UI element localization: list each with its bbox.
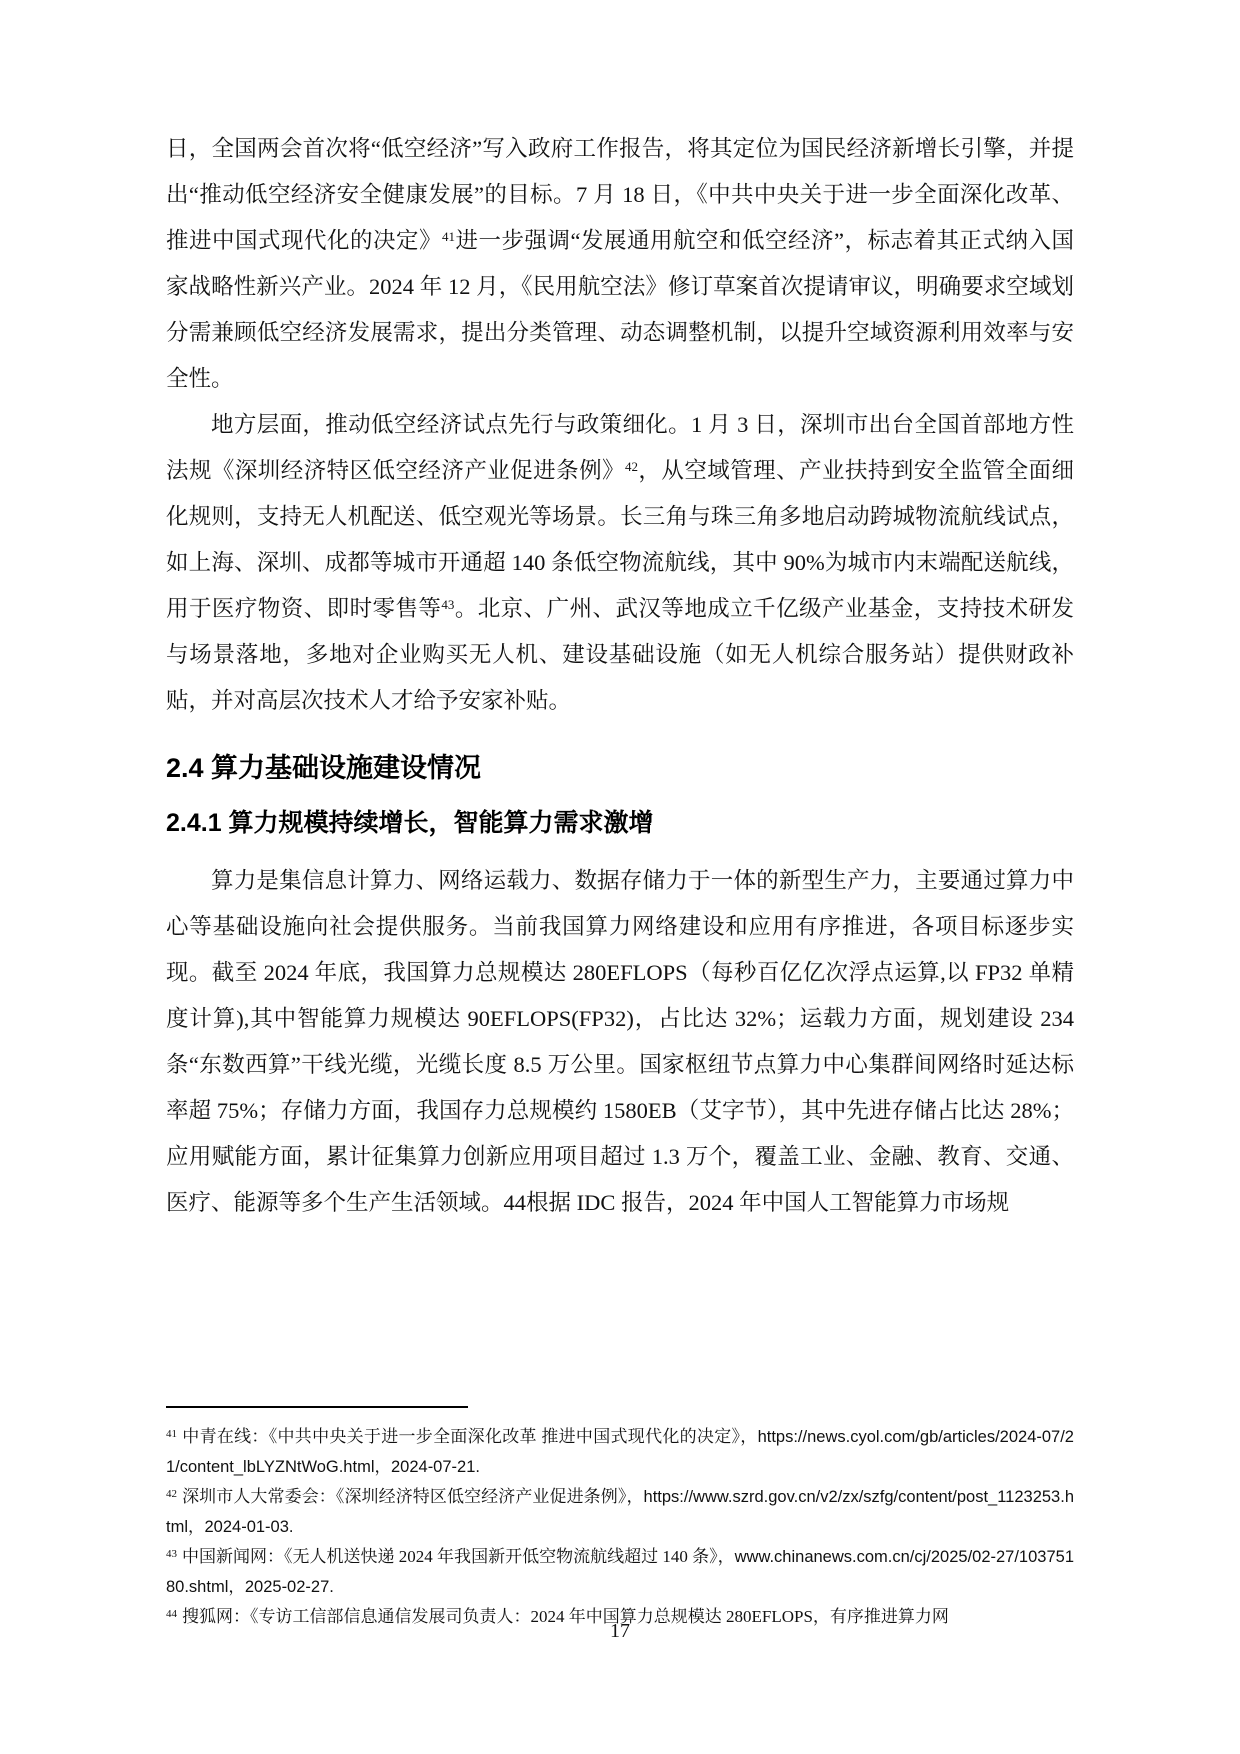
paragraph-national-policy: 日，全国两会首次将“低空经济”写入政府工作报告，将其定位为国民经济新增长引擎，并… [166,126,1074,402]
footnote-42: 42深圳市人大常委会：《深圳经济特区低空经济产业促进条例》，https://ww… [166,1482,1074,1542]
footnote-41-date: ，2024-07-21. [374,1458,480,1476]
footnote-ref-42: 42 [625,459,638,474]
footnote-43-date: ，2025-02-27. [228,1578,334,1596]
footnote-41: 41中青在线：《中共中央关于进一步全面深化改革 推进中国式现代化的决定》，htt… [166,1422,1074,1482]
section-heading-2-4: 2.4 算力基础设施建设情况 [166,750,1074,786]
footnote-42-date: ，2024-01-03. [188,1518,294,1536]
paragraph-computing-power: 算力是集信息计算力、网络运载力、数据存储力于一体的新型生产力，主要通过算力中心等… [166,858,1074,1226]
document-page: 日，全国两会首次将“低空经济”写入政府工作报告，将其定位为国民经济新增长引擎，并… [0,0,1240,1754]
subsection-heading-2-4-1: 2.4.1 算力规模持续增长，智能算力需求激增 [166,806,1074,840]
footnote-43: 43中国新闻网：《无人机送快递 2024 年我国新开低空物流航线超过 140 条… [166,1542,1074,1602]
document-body: 日，全国两会首次将“低空经济”写入政府工作报告，将其定位为国民经济新增长引擎，并… [166,126,1074,1226]
paragraph-local-policy: 地方层面，推动低空经济试点先行与政策细化。1 月 3 日，深圳市出台全国首部地方… [166,402,1074,724]
footnote-41-marker: 41 [166,1428,177,1440]
footnote-42-marker: 42 [166,1488,177,1500]
footnote-42-text: 深圳市人大常委会：《深圳经济特区低空经济产业促进条例》， [182,1487,644,1506]
footnote-43-marker: 43 [166,1548,177,1560]
page-number: 17 [0,1620,1240,1643]
footnote-44-marker: 44 [166,1608,177,1620]
footnote-ref-41: 41 [442,229,455,244]
footnote-43-text: 中国新闻网：《无人机送快递 2024 年我国新开低空物流航线超过 140 条》， [182,1547,735,1566]
footnote-ref-43: 43 [441,597,454,612]
footnote-41-text: 中青在线：《中共中央关于进一步全面深化改革 推进中国式现代化的决定》， [182,1427,758,1446]
footnotes-section: 41中青在线：《中共中央关于进一步全面深化改革 推进中国式现代化的决定》，htt… [166,1406,1074,1632]
footnote-separator-line [166,1406,468,1408]
